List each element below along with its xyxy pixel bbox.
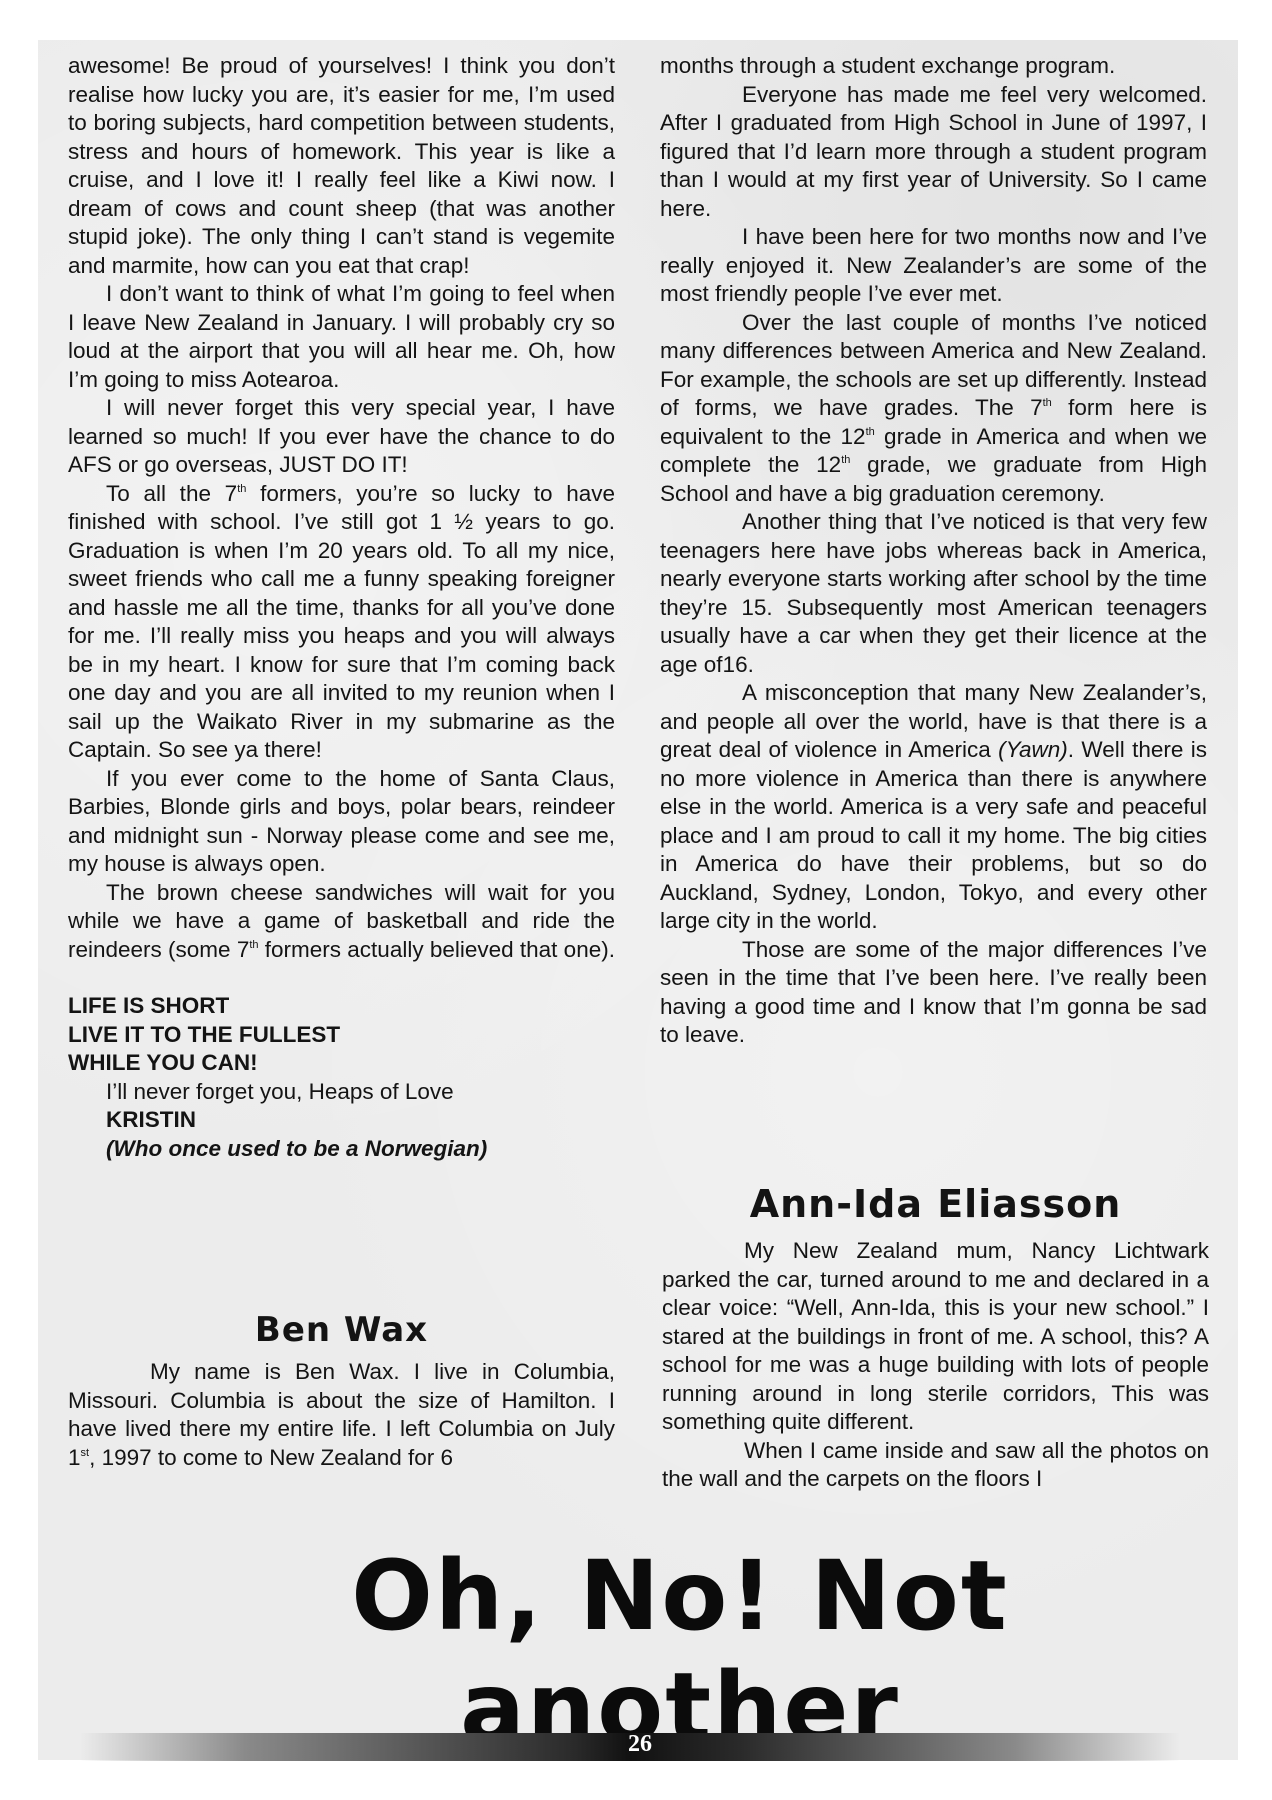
paragraph: months through a student exchange progra… [660, 52, 1207, 81]
paragraph: A misconception that many New Zealander’… [660, 679, 1207, 936]
text-run: formers, you’re so lucky to have finishe… [68, 481, 615, 763]
superscript: th [249, 939, 258, 951]
italic-run: (Yawn) [998, 737, 1068, 762]
text-run: To all the 7 [106, 481, 237, 506]
paragraph: To all the 7th formers, you’re so lucky … [68, 480, 615, 765]
spacer [68, 964, 615, 992]
paragraph: Over the last couple of months I’ve noti… [660, 309, 1207, 509]
ben-wax-article: My name is Ben Wax. I live in Columbia, … [68, 1358, 615, 1472]
paragraph: Those are some of the major differences … [660, 936, 1207, 1050]
paragraph: Everyone has made me feel very welcomed.… [660, 81, 1207, 224]
motto-line: LIFE IS SHORT [68, 992, 615, 1021]
superscript: st [81, 1447, 90, 1459]
paragraph: The brown cheese sandwiches will wait fo… [68, 879, 615, 965]
text-run: , 1997 to come to New Zealand for 6 [89, 1445, 453, 1470]
paragraph: My name is Ben Wax. I live in Columbia, … [68, 1358, 615, 1472]
right-column: months through a student exchange progra… [660, 52, 1207, 1050]
paragraph: awesome! Be proud of yourselves! I think… [68, 52, 615, 280]
superscript: th [237, 483, 246, 495]
paragraph: I don’t want to think of what I’m going … [68, 280, 615, 394]
ann-ida-article: My New Zealand mum, Nancy Lichtwark park… [662, 1237, 1209, 1494]
article-heading-ann-ida: Ann-Ida Eliasson [662, 1182, 1209, 1226]
paragraph: My New Zealand mum, Nancy Lichtwark park… [662, 1237, 1209, 1437]
superscript: th [1043, 397, 1052, 409]
motto-line: LIVE IT TO THE FULLEST [68, 1021, 615, 1050]
banner-title: Oh, No! Not another [150, 1540, 1210, 1764]
superscript: th [841, 454, 850, 466]
paragraph: Another thing that I’ve noticed is that … [660, 508, 1207, 679]
superscript: th [866, 426, 875, 438]
text-run: . Well there is no more violence in Amer… [660, 737, 1207, 933]
text-run: formers actually believed that one). [259, 937, 615, 962]
article-heading-ben-wax: Ben Wax [68, 1310, 615, 1350]
paragraph: I will never forget this very special ye… [68, 394, 615, 480]
author-note: (Who once used to be a Norwegian) [68, 1135, 615, 1164]
left-column: awesome! Be proud of yourselves! I think… [68, 52, 615, 1163]
paragraph: When I came inside and saw all the photo… [662, 1437, 1209, 1494]
motto-line: WHILE YOU CAN! [68, 1049, 615, 1078]
author-name: KRISTIN [68, 1106, 615, 1135]
page-number: 26 [610, 1731, 670, 1758]
signoff: I’ll never forget you, Heaps of Love [68, 1078, 615, 1107]
paragraph: I have been here for two months now and … [660, 223, 1207, 309]
paragraph: If you ever come to the home of Santa Cl… [68, 765, 615, 879]
